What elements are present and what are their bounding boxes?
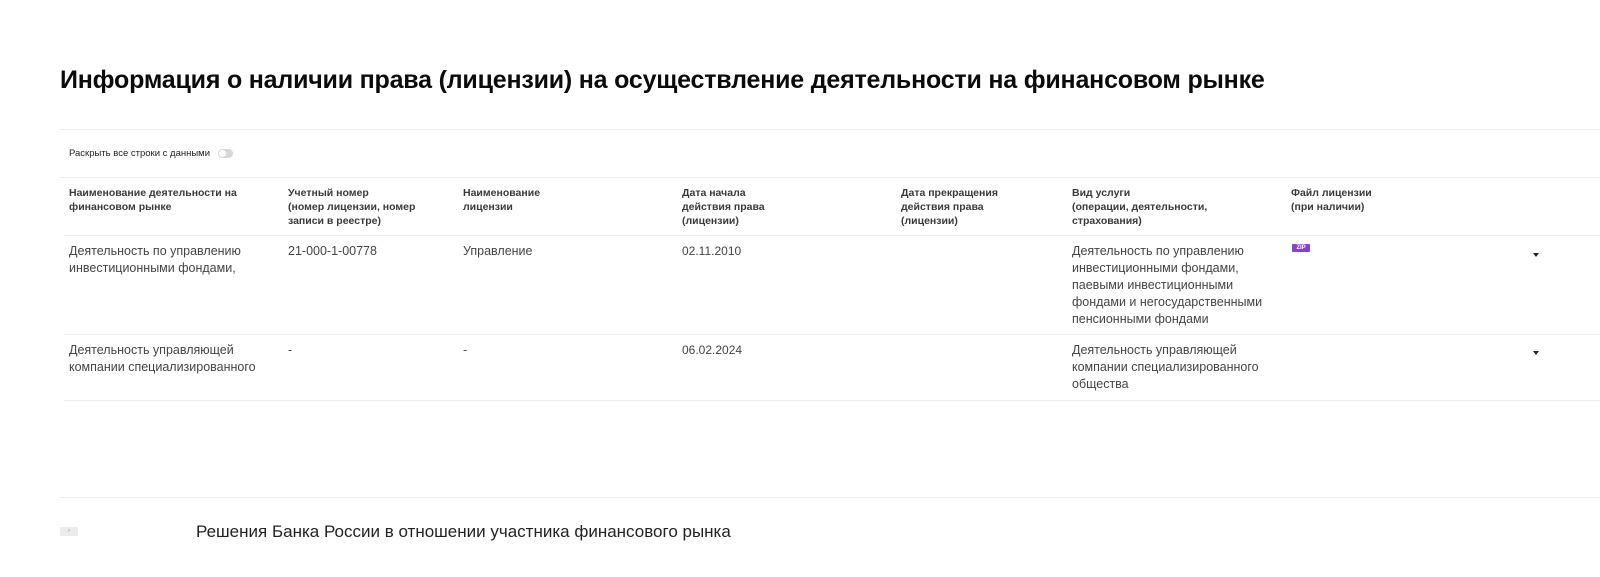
header-line: (номер лицензии, номер: [288, 200, 448, 214]
cell-line: Деятельность по управлению: [69, 243, 284, 260]
license-info-page: Информация о наличии права (лицензии) на…: [0, 0, 1600, 577]
column-header-reg-number: Учетный номер (номер лицензии, номер зап…: [288, 186, 448, 228]
column-header-file: Файл лицензии (при наличии): [1291, 186, 1451, 214]
section-cbr-decisions[interactable]: Решения Банка России в отношении участни…: [196, 522, 731, 542]
cell-line: инвестиционными фондами,: [1072, 260, 1287, 277]
header-line: (при наличии): [1291, 200, 1451, 214]
header-line: финансовом рынке: [69, 200, 269, 214]
header-line: лицензии: [463, 200, 623, 214]
column-header-end-date: Дата прекращения действия права (лицензи…: [901, 186, 1061, 228]
cell-license-name: Управление: [463, 243, 533, 260]
cell-line: паевыми инвестиционными: [1072, 277, 1287, 294]
expand-all-label: Раскрыть все строки с данными: [69, 148, 210, 159]
cell-line: компании специализированного: [69, 359, 284, 376]
caret-down-icon[interactable]: [1533, 253, 1539, 257]
header-line: записи в реестре): [288, 214, 448, 228]
cell-start-date: 06.02.2024: [682, 342, 742, 359]
header-line: Наименование: [463, 186, 623, 200]
cell-reg-number: -: [288, 342, 292, 359]
cell-activity: Деятельность по управлению инвестиционны…: [69, 243, 284, 277]
divider: [60, 129, 1600, 130]
divider: [64, 334, 1600, 335]
header-line: страхования): [1072, 214, 1272, 228]
divider: [60, 177, 1600, 178]
header-line: Вид услуги: [1072, 186, 1272, 200]
header-line: (операции, деятельности,: [1072, 200, 1272, 214]
header-line: Наименование деятельности на: [69, 186, 269, 200]
caret-down-icon[interactable]: [1533, 351, 1539, 355]
header-line: Учетный номер: [288, 186, 448, 200]
cell-line: инвестиционными фондами,: [69, 260, 284, 277]
expand-all-toggle[interactable]: [218, 149, 233, 158]
column-header-service: Вид услуги (операции, деятельности, стра…: [1072, 186, 1272, 228]
header-line: (лицензии): [682, 214, 842, 228]
cell-line: общества: [1072, 376, 1287, 393]
cell-line: Деятельность по управлению: [1072, 243, 1287, 260]
cell-service: Деятельность по управлению инвестиционны…: [1072, 243, 1287, 328]
header-line: Дата начала: [682, 186, 842, 200]
expand-all-toggle-row: Раскрыть все строки с данными: [69, 148, 233, 159]
header-line: (лицензии): [901, 214, 1061, 228]
cell-line: пенсионными фондами: [1072, 311, 1287, 328]
cell-start-date: 02.11.2010: [682, 243, 741, 260]
column-header-start-date: Дата начала действия права (лицензии): [682, 186, 842, 228]
cell-line: Деятельность управляющей: [69, 342, 284, 359]
divider: [60, 497, 1600, 498]
page-title: Информация о наличии права (лицензии) на…: [60, 66, 1265, 95]
cell-line: Деятельность управляющей: [1072, 342, 1287, 359]
cell-line: компании специализированного: [1072, 359, 1287, 376]
zip-file-icon[interactable]: ZIP: [1292, 244, 1310, 252]
cell-service: Деятельность управляющей компании специа…: [1072, 342, 1287, 393]
header-line: Файл лицензии: [1291, 186, 1451, 200]
header-line: действия права: [682, 200, 842, 214]
chevron-right-icon[interactable]: ›: [60, 527, 78, 536]
column-header-activity: Наименование деятельности на финансовом …: [69, 186, 269, 214]
cell-activity: Деятельность управляющей компании специа…: [69, 342, 284, 376]
cell-license-name: -: [463, 342, 467, 359]
cell-reg-number: 21-000-1-00778: [288, 243, 377, 260]
header-line: действия права: [901, 200, 1061, 214]
header-line: Дата прекращения: [901, 186, 1061, 200]
cell-line: фондами и негосударственными: [1072, 294, 1287, 311]
divider: [64, 400, 1600, 401]
divider: [64, 235, 1600, 236]
column-header-license-name: Наименование лицензии: [463, 186, 623, 214]
